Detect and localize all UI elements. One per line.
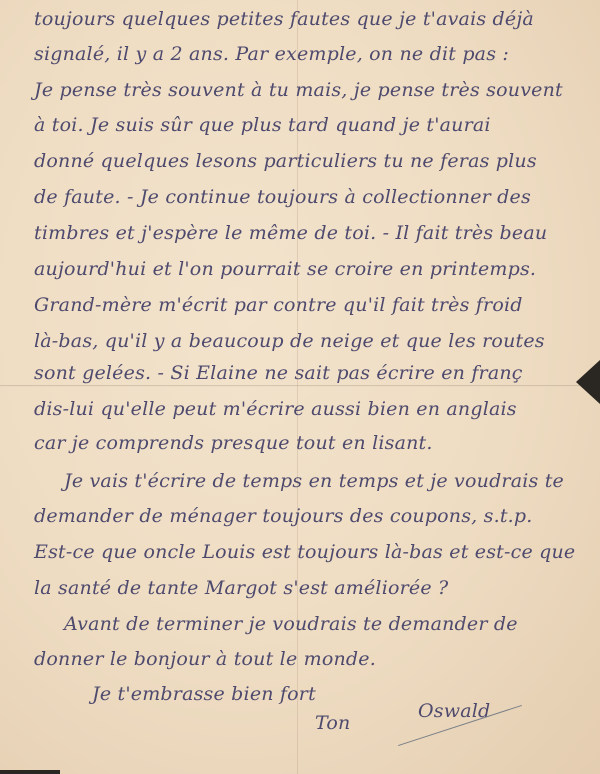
- letter-line: de faute. - Je continue toujours à colle…: [34, 186, 531, 208]
- letter-line: toujours quelques petites fautes que je …: [34, 8, 534, 30]
- letter-line: car je comprends presque tout en lisant.: [34, 432, 433, 454]
- torn-edge: [576, 360, 600, 404]
- horizontal-fold-crease: [0, 385, 600, 387]
- letter-line: donner le bonjour à tout le monde.: [34, 648, 376, 670]
- paper-edge-shadow: [0, 770, 60, 774]
- letter-line: aujourd'hui et l'on pourrait se croire e…: [34, 258, 536, 280]
- letter-line: Avant de terminer je voudrais te demande…: [64, 613, 518, 635]
- letter-line: timbres et j'espère le même de toi. - Il…: [34, 222, 547, 244]
- letter-line: la santé de tante Margot s'est améliorée…: [34, 577, 448, 599]
- letter-line: à toi. Je suis sûr que plus tard quand j…: [34, 114, 491, 136]
- letter-line: demander de ménager toujours des coupons…: [34, 505, 533, 527]
- letter-line: dis-lui qu'elle peut m'écrire aussi bien…: [34, 398, 517, 420]
- letter-line: Est-ce que oncle Louis est toujours là-b…: [34, 541, 575, 563]
- letter-line: là-bas, qu'il y a beaucoup de neige et q…: [34, 330, 545, 352]
- letter-line: signalé, il y a 2 ans. Par exemple, on n…: [34, 43, 509, 65]
- letter-line: sont gelées. - Si Elaine ne sait pas écr…: [34, 362, 523, 384]
- closing-line: Je t'embrasse bien fort: [92, 683, 316, 705]
- letter-page: toujours quelques petites fautes que je …: [0, 0, 600, 774]
- letter-line: Je pense très souvent à tu mais, je pens…: [34, 79, 563, 101]
- letter-line: Grand-mère m'écrit par contre qu'il fait…: [34, 294, 523, 316]
- signature-prefix: Ton: [315, 712, 350, 734]
- letter-line: donné quelques lesons particuliers tu ne…: [34, 150, 537, 172]
- letter-line: Je vais t'écrire de temps en temps et je…: [64, 470, 564, 492]
